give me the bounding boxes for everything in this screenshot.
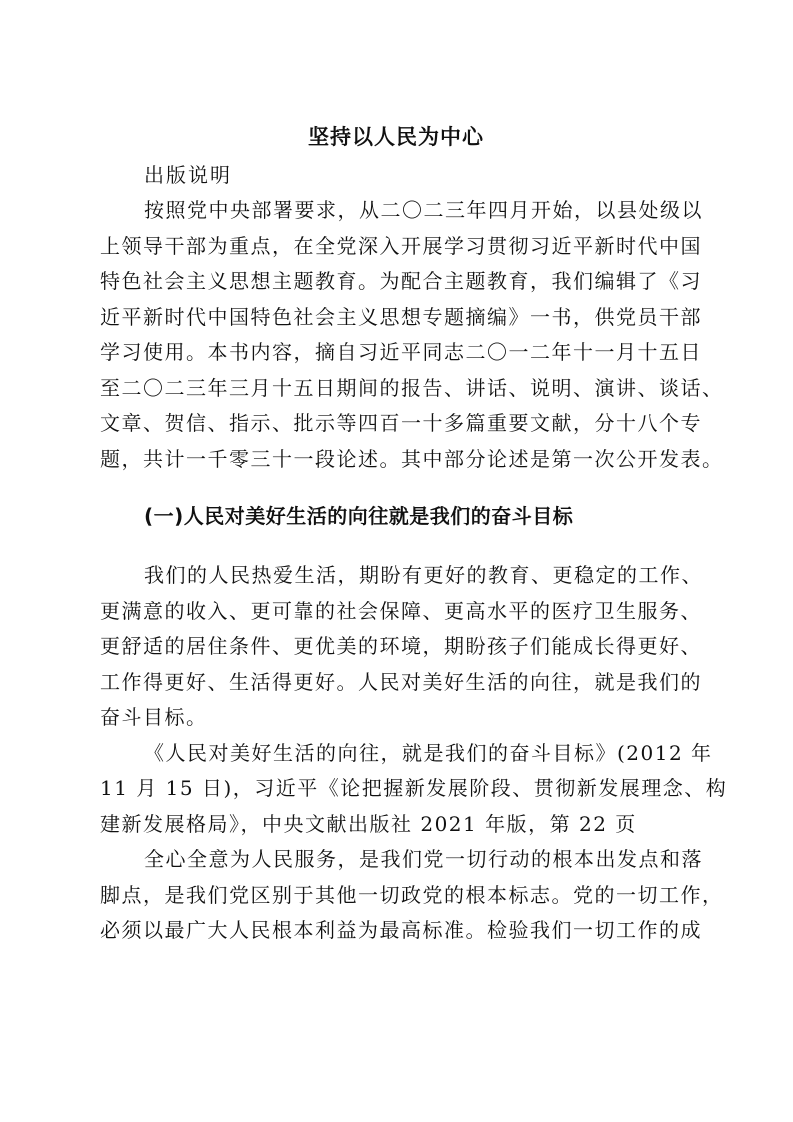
text-line: 《人民对美好生活的向往，就是我们的奋斗目标》(2012 年 (100, 736, 692, 772)
text-line: 近平新时代中国特色社会主义思想专题摘编》一书，供党员干部 (100, 300, 692, 336)
text-line: 必须以最广大人民根本利益为最高标准。检验我们一切工作的成 (100, 913, 692, 949)
publication-note-heading: 出版说明 (100, 158, 692, 193)
text-line: 更满意的收入、更可靠的社会保障、更高水平的医疗卫生服务、 (100, 594, 692, 630)
publication-note-paragraph: 按照党中央部署要求，从二〇二三年四月开始，以县处级以 上领导干部为重点，在全党深… (100, 193, 692, 477)
text-line: 至二〇二三年三月十五日期间的报告、讲话、说明、演讲、谈话、 (100, 371, 692, 407)
section-heading: (一)人民对美好生活的向往就是我们的奋斗目标 (100, 499, 692, 534)
text-line: 奋斗目标。 (100, 700, 692, 736)
text-line: 文章、贺信、指示、批示等四百一十多篇重要文献，分十八个专 (100, 406, 692, 442)
text-line: 11 月 15 日)，习近平《论把握新发展阶段、贯彻新发展理念、构 (100, 771, 692, 807)
text-line: 脚点，是我们党区别于其他一切政党的根本标志。党的一切工作， (100, 878, 692, 914)
body-paragraph-2: 全心全意为人民服务，是我们党一切行动的根本出发点和落 脚点，是我们党区别于其他一… (100, 842, 692, 949)
text-line: 学习使用。本书内容，摘自习近平同志二〇一二年十一月十五日 (100, 335, 692, 371)
text-line: 题，共计一千零三十一段论述。其中部分论述是第一次公开发表。 (100, 442, 692, 478)
citation: 《人民对美好生活的向往，就是我们的奋斗目标》(2012 年 11 月 15 日)… (100, 736, 692, 843)
document-title: 坚持以人民为中心 (100, 122, 692, 152)
text-line: 全心全意为人民服务，是我们党一切行动的根本出发点和落 (100, 842, 692, 878)
document-page: 坚持以人民为中心 出版说明 按照党中央部署要求，从二〇二三年四月开始，以县处级以… (100, 122, 692, 949)
text-line: 我们的人民热爱生活，期盼有更好的教育、更稳定的工作、 (100, 558, 692, 594)
body-paragraph-1: 我们的人民热爱生活，期盼有更好的教育、更稳定的工作、 更满意的收入、更可靠的社会… (100, 558, 692, 736)
text-line: 上领导干部为重点，在全党深入开展学习贯彻习近平新时代中国 (100, 229, 692, 265)
text-line: 按照党中央部署要求，从二〇二三年四月开始，以县处级以 (100, 193, 692, 229)
text-line: 特色社会主义思想主题教育。为配合主题教育，我们编辑了《习 (100, 264, 692, 300)
text-line: 更舒适的居住条件、更优美的环境，期盼孩子们能成长得更好、 (100, 629, 692, 665)
text-line: 建新发展格局》，中央文献出版社 2021 年版，第 22 页 (100, 807, 692, 843)
text-line: 工作得更好、生活得更好。人民对美好生活的向往，就是我们的 (100, 665, 692, 701)
